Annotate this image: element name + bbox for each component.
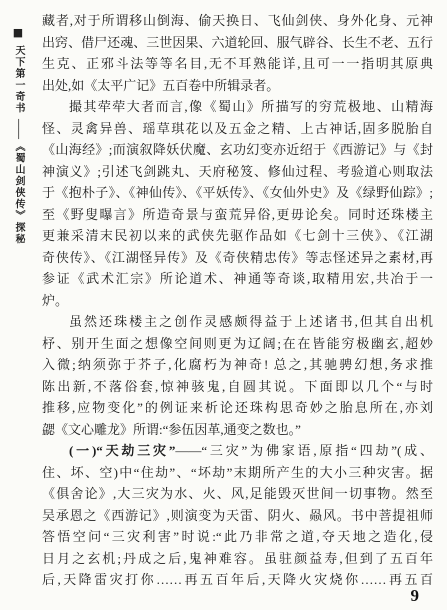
text-line: 《山海经》;而演叙降妖伏魔、玄功幻变亦近绍于《西游记》与《封 [42,139,433,161]
page-number: 9 [411,586,420,606]
square-bullet-icon: ■ [13,27,23,38]
text-line: 生克、正邪斗法等等名目,无不耳熟能详,且可一一指明其原典 [42,53,433,75]
running-head-subtitle: 探秘 [11,222,25,245]
text-line: 参证《武术汇宗》所论道术、神通等奇谈,取精用宏,共冶于一 [42,268,433,290]
text-line: 至《野叟曝言》所造奇景与蛮荒异俗,更毋论矣。同时还珠楼主 [42,204,433,226]
running-head: ■ 天下第一奇书 —— 《蜀山剑侠传》 探秘 [11,27,25,245]
text-line: 后,天降雷灾打你……再五百年后,天降火灾烧你……再五百 [42,569,433,591]
text-line: 杼、别开生面之想像空间则更为辽阔;在在皆能穷极幽玄,超妙 [42,333,433,355]
text-line: 入微;纳须弥于芥子,化腐朽为神奇! 总之,其驰骋幻想,务求推 [42,354,433,376]
text-line: 奇侠传》、《江湖怪异传》及《奇侠精忠传》等志怪述异之素材,再 [42,247,433,269]
text-line: 出处,如《太平广记》五百卷中所辑录者。 [42,75,433,97]
book-page: ■ 天下第一奇书 —— 《蜀山剑侠传》 探秘 藏者,对于所谓移山倒海、偷天换日、… [0,0,447,610]
text-line: 日月之玄机;丹成之后,鬼神难容。虽驻颜益寿,但到了五百年 [42,548,433,570]
text-line: 住、坏、空)中“住劫”、“坏劫”末期所产生的大小三种灾害。据 [42,462,433,484]
text-line: 藏者,对于所谓移山倒海、偷天换日、飞仙剑侠、身外化身、元神 [42,10,433,32]
text-line: 怪、灵禽异兽、瑶草琪花以及五金之精、上古神话,固多脱胎自 [42,118,433,140]
text-line: (一)“天劫三灾”——“三灾”为佛家语,原指“四劫”(成、 [42,440,433,462]
text-line: 答悟空问“三灾利害”时说:“此乃非常之道,夺天地之造化,侵 [42,526,433,548]
text-line: 勰《文心雕龙》所谓:“参伍因革,通变之数也。” [42,419,433,441]
text-line: 更兼采清末民初以来的武侠先驱作品如《七剑十三侠》、《江湖 [42,225,433,247]
text-line: 吴承恩之《西游记》,则演变为天雷、阴火、赑风。书中菩提祖师 [42,505,433,527]
text-line: 神演义》;引述飞剑跳丸、天府秘笈、修仙过程、考验道心则取法 [42,161,433,183]
text-line: 虽然还珠楼主之创作灵感颇得益于上述诸书,但其自出机 [42,311,433,333]
text-line: 《俱舍论》,大三灾为水、火、风,足能毁灭世间一切事物。然至 [42,483,433,505]
text-line-rest: ——“三灾”为佛家语,原指“四劫”(成、 [175,443,433,458]
subheading-bold: (一)“天劫三灾” [69,443,175,458]
running-head-book-title: 《蜀山剑侠传》 [11,141,25,222]
text-line: 推移,应物变化”的例证来析论还珠构思奇妙之胎息所在,亦刘 [42,397,433,419]
text-line: 炉。 [42,290,433,312]
running-head-series: 天下第一奇书 [11,45,25,114]
text-line: 陈出新,不落俗套,惊神骇鬼,自圆其说。下面即以几个“与时 [42,376,433,398]
running-head-dash: —— [11,119,25,139]
text-line: 撮其荦荦大者而言,像《蜀山》所描写的穷荒极地、山精海 [42,96,433,118]
text-line: 于《抱朴子》、《神仙传》、《平妖传》、《女仙外史》及《绿野仙踪》; [42,182,433,204]
page-body-text: 藏者,对于所谓移山倒海、偷天换日、飞仙剑侠、身外化身、元神 出窍、借尸还魂、三世… [42,10,433,591]
text-line: 出窍、借尸还魂、三世因果、六道轮回、服气辟谷、长生不老、五行 [42,32,433,54]
